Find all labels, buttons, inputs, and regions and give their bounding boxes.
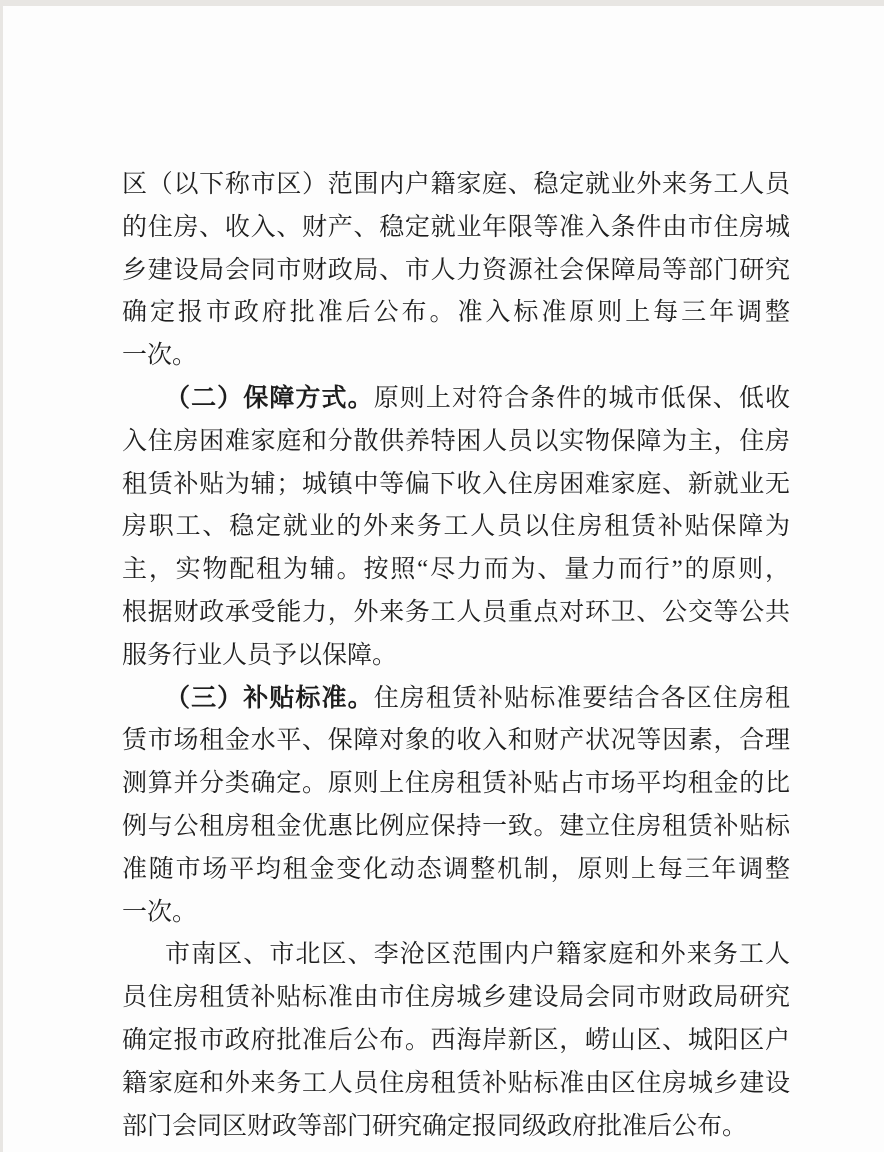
text-segment: 服务行业人员予以保障。 (122, 642, 397, 669)
text-segment: 员住房租赁补贴标准由市住房城乡建设局会同市财政局研究 (122, 984, 790, 1011)
text-segment: 准随市场平均租金变化动态调整机制，原则上每三年调整 (122, 856, 790, 883)
text-line: 服务行业人员予以保障。 (122, 635, 790, 678)
text-line: 市南区、市北区、李沧区范围内户籍家庭和外来务工人 (122, 934, 790, 977)
text-segment: 市南区、市北区、李沧区范围内户籍家庭和外来务工人 (165, 941, 790, 968)
section-heading: （二）保障方式。 (165, 385, 374, 412)
document-page: { "page": { "paper_color": "#fdfdfd", "e… (0, 0, 884, 1152)
text-segment: 一次。 (122, 899, 197, 926)
text-line: 的住房、收入、财产、稳定就业年限等准入条件由市住房城 (122, 207, 790, 250)
text-segment: 根据财政承受能力，外来务工人员重点对环卫、公交等公共 (122, 599, 790, 626)
text-segment: 区（以下称市区）范围内户籍家庭、稳定就业外来务工人员 (122, 171, 790, 198)
text-segment: 确定报市政府批准后公布。西海岸新区，崂山区、城阳区户 (122, 1027, 790, 1054)
text-line: 租赁补贴为辅；城镇中等偏下收入住房困难家庭、新就业无 (122, 464, 790, 507)
text-line: 一次。 (122, 892, 790, 935)
text-segment: 部门会同区财政等部门研究确定报同级政府批准后公布。 (122, 1113, 747, 1140)
text-segment: 租赁补贴为辅；城镇中等偏下收入住房困难家庭、新就业无 (122, 471, 790, 498)
text-segment: 赁市场租金水平、保障对象的收入和财产状况等因素，合理 (122, 727, 790, 754)
text-segment: 测算并分类确定。原则上住房租赁补贴占市场平均租金的比 (122, 770, 790, 797)
section-heading: （三）补贴标准。 (165, 685, 374, 712)
text-segment: 乡建设局会同市财政局、市人力资源社会保障局等部门研究 (122, 257, 790, 284)
text-line: 确定报市政府批准后公布。准入标准原则上每三年调整 (122, 292, 790, 335)
page-edge-left (0, 0, 3, 1152)
text-line: 准随市场平均租金变化动态调整机制，原则上每三年调整 (122, 849, 790, 892)
text-segment: 确定报市政府批准后公布。准入标准原则上每三年调整 (122, 299, 790, 326)
text-line: （三）补贴标准。住房租赁补贴标准要结合各区住房租 (122, 678, 790, 721)
text-line: 入住房困难家庭和分散供养特困人员以实物保障为主，住房 (122, 421, 790, 464)
text-line: 员住房租赁补贴标准由市住房城乡建设局会同市财政局研究 (122, 977, 790, 1020)
text-segment: 例与公租房租金优惠比例应保持一致。建立住房租赁补贴标 (122, 813, 790, 840)
text-line: 部门会同区财政等部门研究确定报同级政府批准后公布。 (122, 1106, 790, 1149)
text-line: 区（以下称市区）范围内户籍家庭、稳定就业外来务工人员 (122, 164, 790, 207)
text-line: 一次。 (122, 335, 790, 378)
text-segment: 入住房困难家庭和分散供养特困人员以实物保障为主，住房 (122, 428, 790, 455)
text-line: 主，实物配租为辅。按照“尽力而为、量力而行”的原则， (122, 549, 790, 592)
text-segment: 主，实物配租为辅。按照“尽力而为、量力而行”的原则， (122, 556, 790, 583)
text-line: 籍家庭和外来务工人员住房租赁补贴标准由区住房城乡建设 (122, 1063, 790, 1106)
text-segment: 住房租赁补贴标准要结合各区住房租 (374, 685, 790, 712)
text-segment: 原则上对符合条件的城市低保、低收 (374, 385, 790, 412)
text-line: 乡建设局会同市财政局、市人力资源社会保障局等部门研究 (122, 250, 790, 293)
page-edge-top (0, 0, 884, 6)
text-line: 房职工、稳定就业的外来务工人员以住房租赁补贴保障为 (122, 506, 790, 549)
text-segment: 房职工、稳定就业的外来务工人员以住房租赁补贴保障为 (122, 513, 790, 540)
text-line: （二）保障方式。原则上对符合条件的城市低保、低收 (122, 378, 790, 421)
text-line: 例与公租房租金优惠比例应保持一致。建立住房租赁补贴标 (122, 806, 790, 849)
text-line: 根据财政承受能力，外来务工人员重点对环卫、公交等公共 (122, 592, 790, 635)
document-text: 区（以下称市区）范围内户籍家庭、稳定就业外来务工人员的住房、收入、财产、稳定就业… (122, 164, 790, 1148)
text-segment: 籍家庭和外来务工人员住房租赁补贴标准由区住房城乡建设 (122, 1070, 790, 1097)
text-line: 确定报市政府批准后公布。西海岸新区，崂山区、城阳区户 (122, 1020, 790, 1063)
text-line: 测算并分类确定。原则上住房租赁补贴占市场平均租金的比 (122, 763, 790, 806)
text-line: 赁市场租金水平、保障对象的收入和财产状况等因素，合理 (122, 720, 790, 763)
text-segment: 一次。 (122, 342, 197, 369)
text-segment: 的住房、收入、财产、稳定就业年限等准入条件由市住房城 (122, 214, 790, 241)
